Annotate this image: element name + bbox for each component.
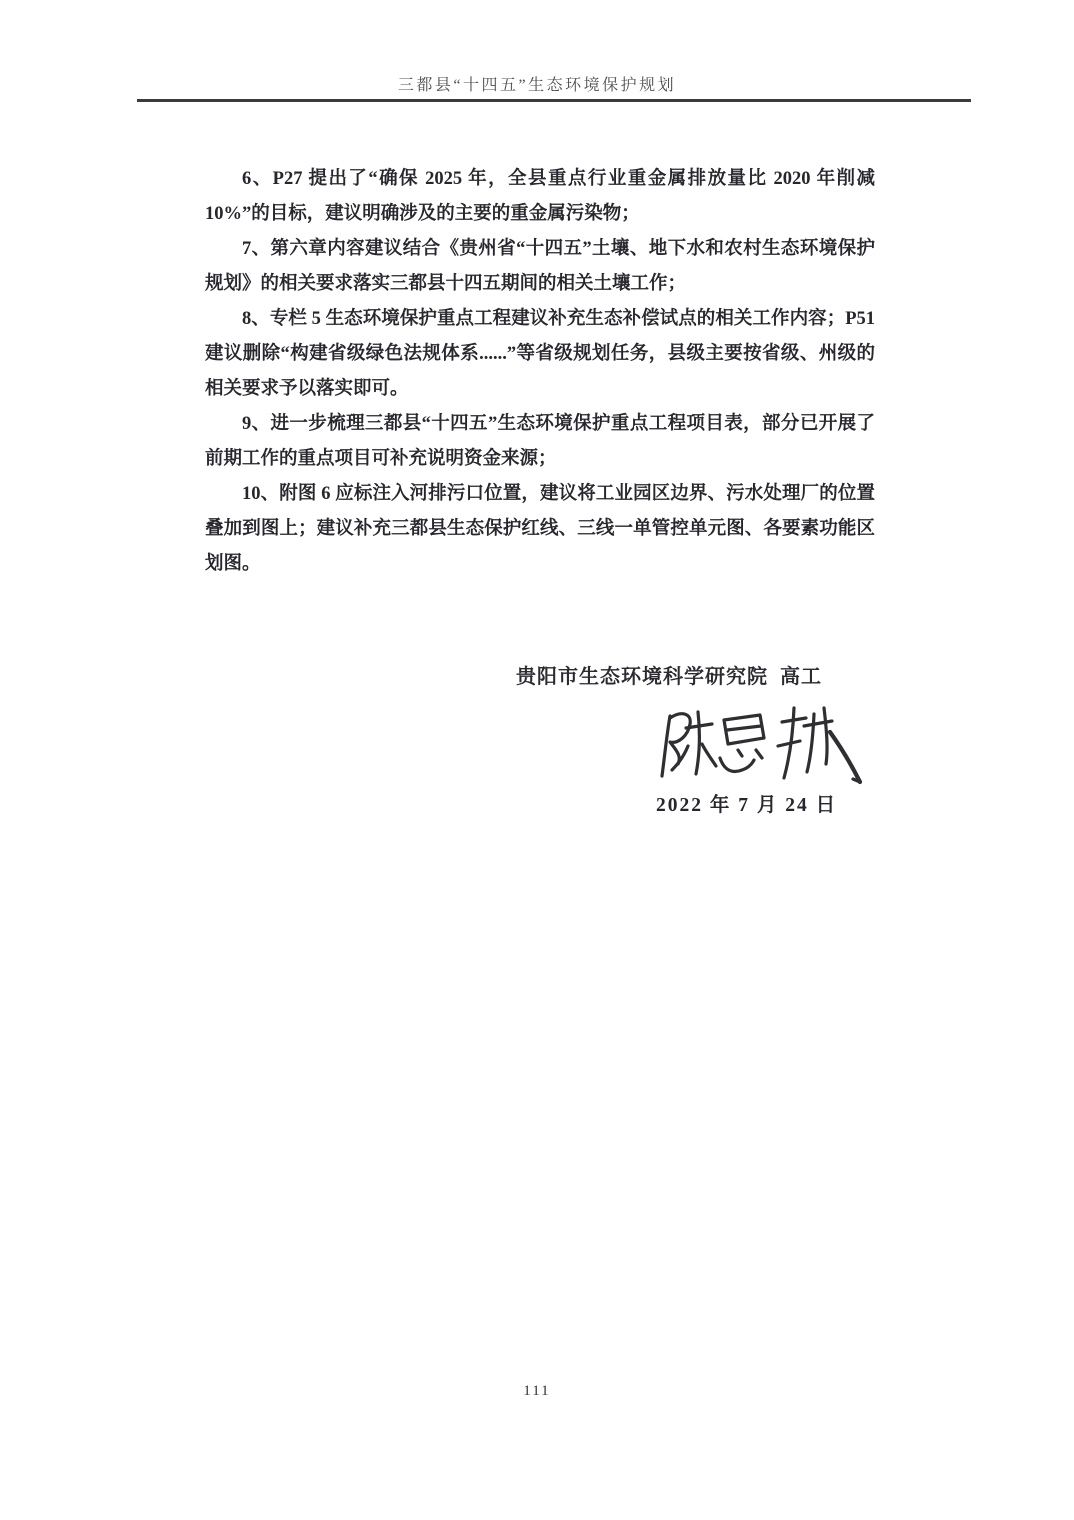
signature-date: 2022 年 7 月 24 日 <box>656 789 837 817</box>
handwritten-signature-ink <box>654 698 866 794</box>
comment-item-10: 10、附图 6 应标注入河排污口位置，建议将工业园区边界、污水处理厂的位置叠加到… <box>205 477 875 582</box>
comment-item-6: 6、P27 提出了“确保 2025 年，全县重点行业重金属排放量比 2020 年… <box>205 162 875 232</box>
review-comments-list: 6、P27 提出了“确保 2025 年，全县重点行业重金属排放量比 2020 年… <box>205 162 875 582</box>
page-header-title: 三都县“十四五”生态环境保护规划 <box>0 72 1074 95</box>
header-divider-rule <box>137 99 971 102</box>
document-page: 三都县“十四五”生态环境保护规划 6、P27 提出了“确保 2025 年，全县重… <box>0 0 1074 1520</box>
handwritten-signature <box>654 698 866 794</box>
comment-item-7: 7、第六章内容建议结合《贵州省“十四五”土壤、地下水和农村生态环境保护规划》的相… <box>205 232 875 302</box>
reviewer-organization-title: 贵阳市生态环境科学研究院 高工 <box>516 660 822 689</box>
comment-item-8: 8、专栏 5 生态环境保护重点工程建议补充生态补偿试点的相关工作内容；P51 建… <box>205 302 875 407</box>
page-number: 111 <box>0 1383 1074 1400</box>
comment-item-9: 9、进一步梳理三都县“十四五”生态环境保护重点工程项目表，部分已开展了前期工作的… <box>205 407 875 477</box>
